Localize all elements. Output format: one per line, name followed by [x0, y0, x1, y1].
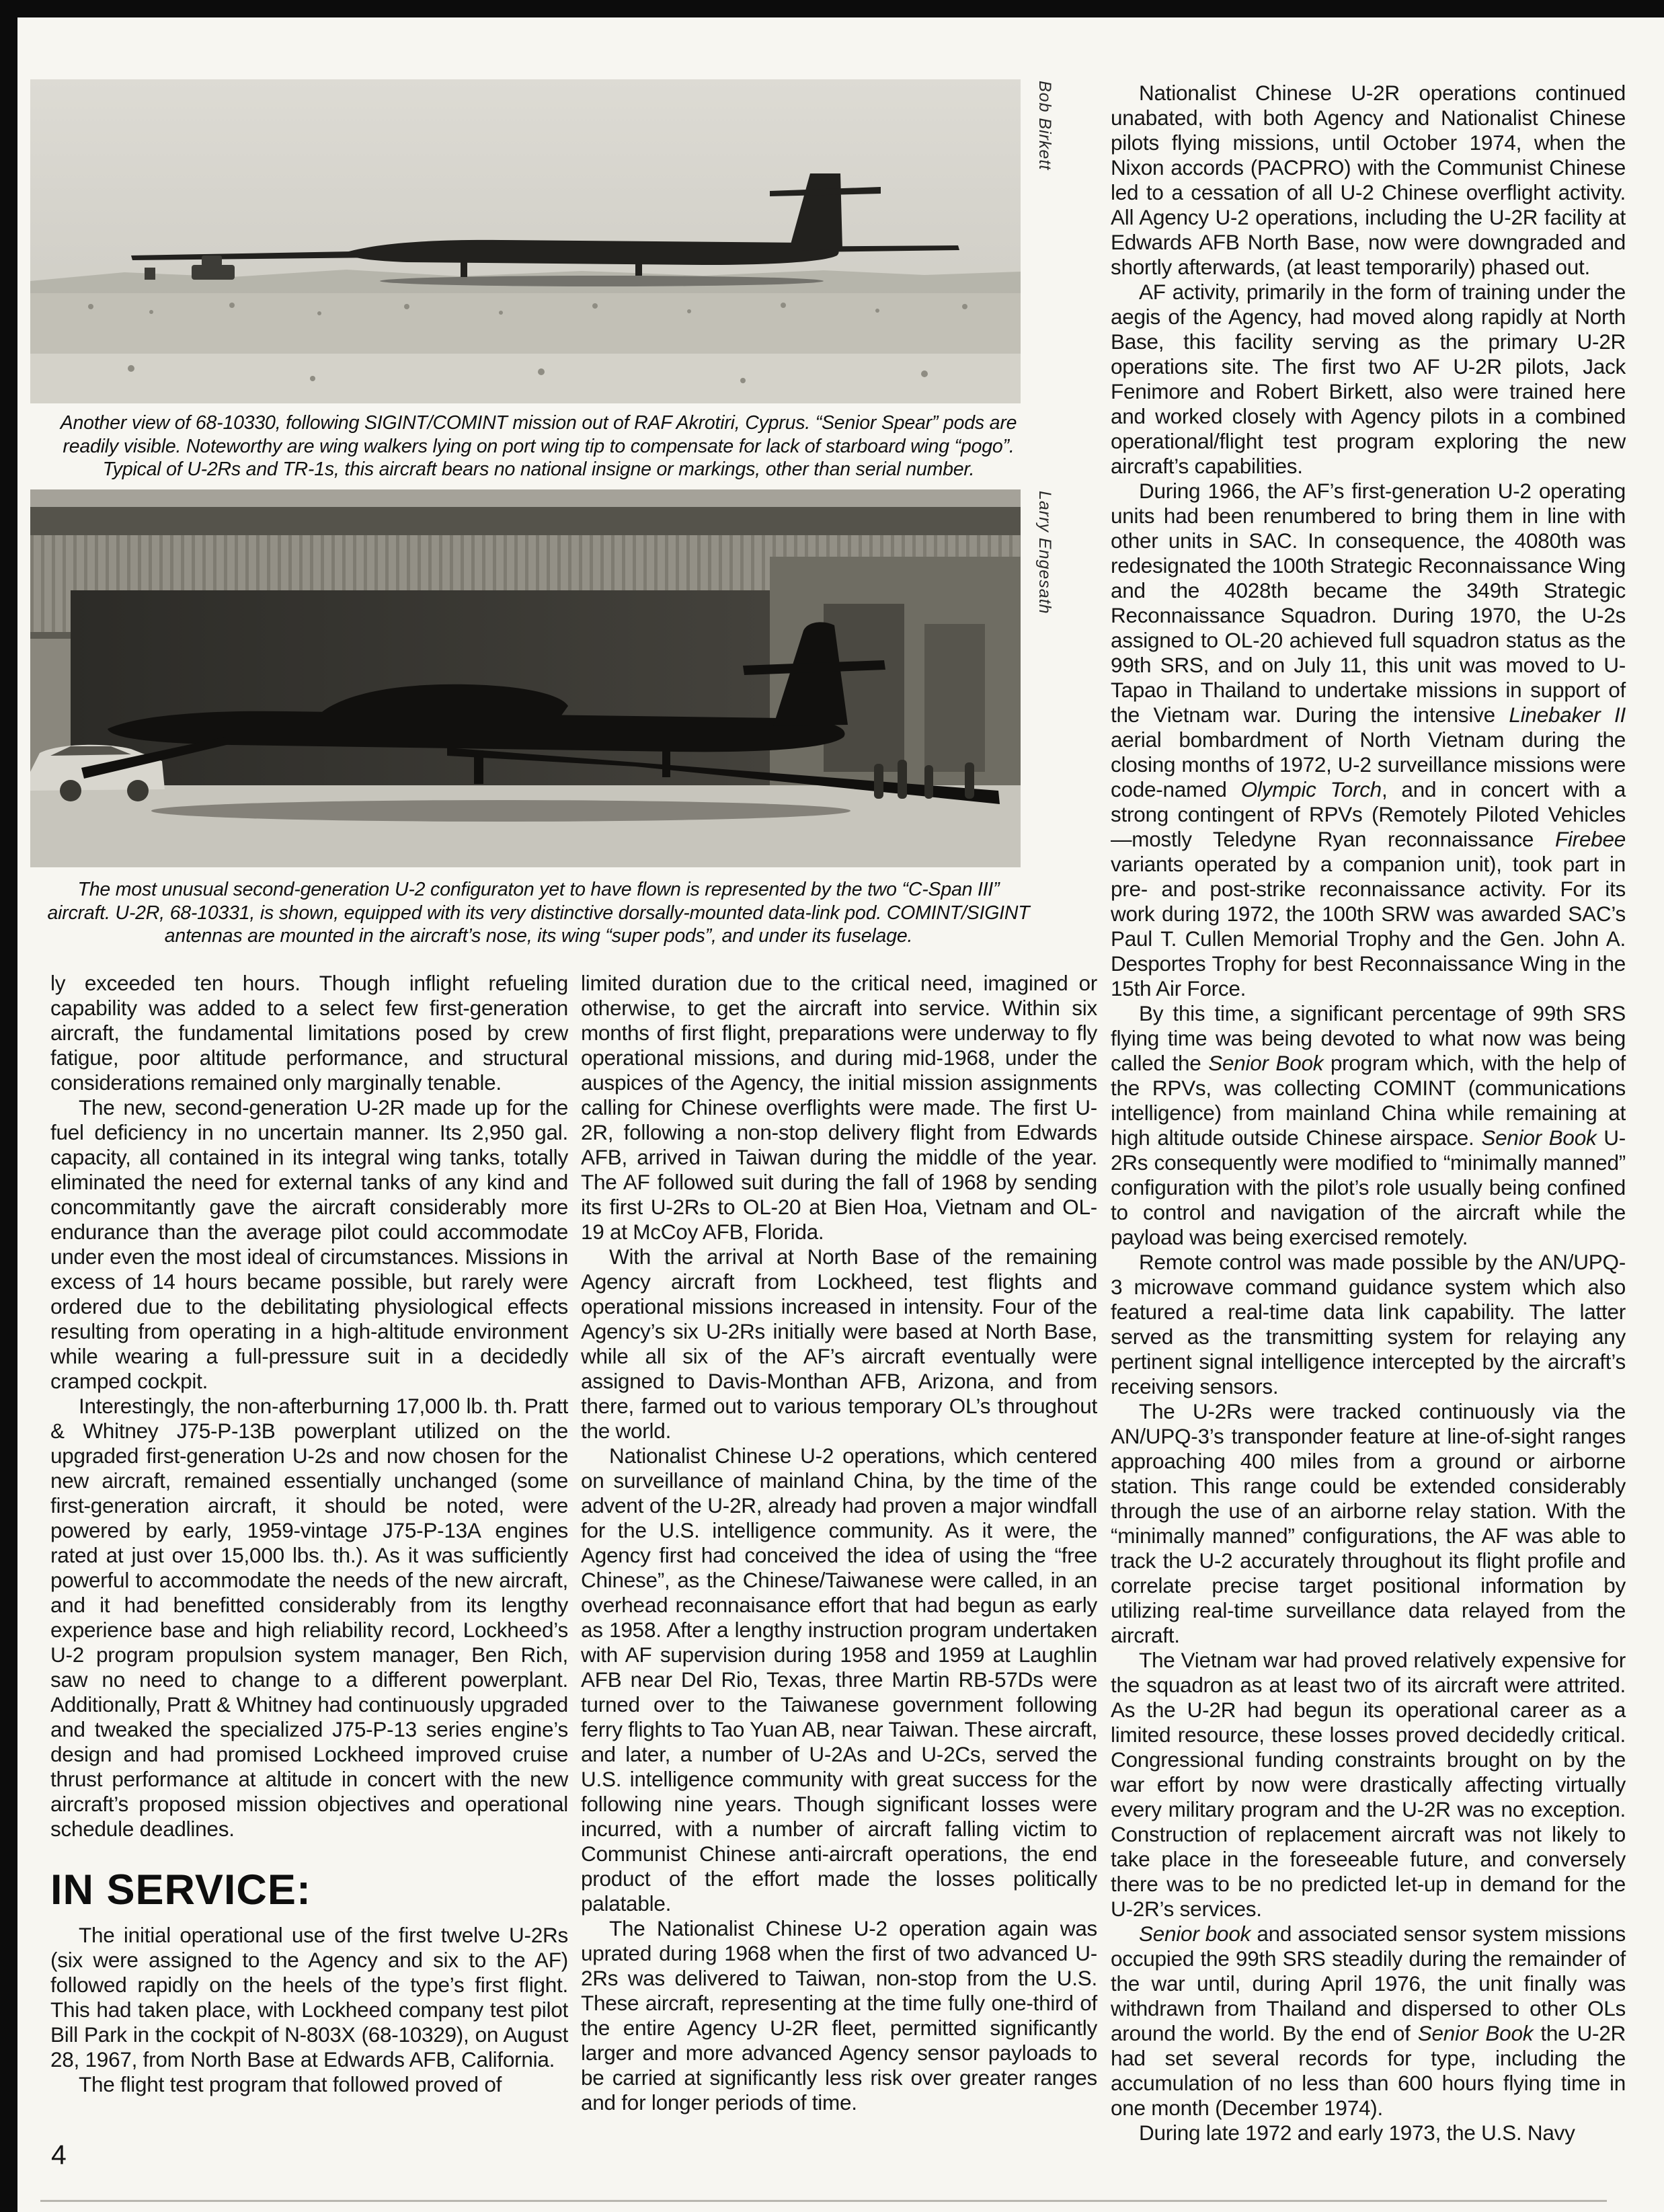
paragraph: The initial operational use of the first… — [50, 1923, 568, 2072]
u2-hangar-scene — [30, 489, 1021, 867]
left-edge-bar — [0, 0, 17, 2212]
column-left: ly exceeded ten hours. Though inflight r… — [50, 971, 568, 2097]
paragraph: The new, second-generation U-2R made up … — [50, 1095, 568, 1394]
paragraph: Remote control was made possible by the … — [1111, 1250, 1626, 1399]
column-middle: limited duration due to the critical nee… — [581, 971, 1097, 2115]
section-heading-in-service: IN SERVICE: — [50, 1878, 568, 1903]
paragraph: During 1966, the AF’s first-generation U… — [1111, 479, 1626, 1001]
paragraph: AF activity, primarily in the form of tr… — [1111, 280, 1626, 479]
paragraph: The U-2Rs were tracked continuously via … — [1111, 1399, 1626, 1648]
paragraph: Nationalist Chinese U-2 operations, whic… — [581, 1444, 1097, 1916]
photo-credit-larry-engesath: Larry Engesath — [1027, 491, 1054, 615]
u2-runway-scene — [30, 79, 1021, 403]
caption-photo-2: The most unusual second-generation U-2 c… — [47, 878, 1030, 948]
magazine-page: Bob Birkett Another view of 68-10330, fo… — [0, 0, 1664, 2212]
column-right: Nationalist Chinese U-2R operations cont… — [1111, 81, 1626, 2145]
paragraph: Senior book and associated sensor system… — [1111, 1922, 1626, 2121]
paragraph: By this time, a significant percentage o… — [1111, 1001, 1626, 1250]
paragraph: The flight test program that followed pr… — [50, 2072, 568, 2097]
paragraph: Nationalist Chinese U-2R operations cont… — [1111, 81, 1626, 280]
bottom-scan-line — [40, 2200, 1607, 2202]
paragraph: ly exceeded ten hours. Though inflight r… — [50, 971, 568, 1095]
paragraph: With the arrival at North Base of the re… — [581, 1245, 1097, 1444]
caption-photo-1: Another view of 68-10330, following SIGI… — [47, 411, 1030, 481]
photo-u2-runway — [30, 79, 1021, 403]
photo-credit-bob-birkett: Bob Birkett — [1027, 81, 1054, 170]
top-edge-bar — [17, 0, 1664, 17]
photo-u2-hangar — [30, 489, 1021, 867]
paragraph: Interestingly, the non-afterburning 17,0… — [50, 1394, 568, 1842]
page-number: 4 — [51, 2139, 67, 2171]
paragraph: limited duration due to the critical nee… — [581, 971, 1097, 1245]
paragraph: The Vietnam war had proved relatively ex… — [1111, 1648, 1626, 1922]
paragraph: During late 1972 and early 1973, the U.S… — [1111, 2121, 1626, 2145]
paragraph: The Nationalist Chinese U-2 operation ag… — [581, 1916, 1097, 2115]
